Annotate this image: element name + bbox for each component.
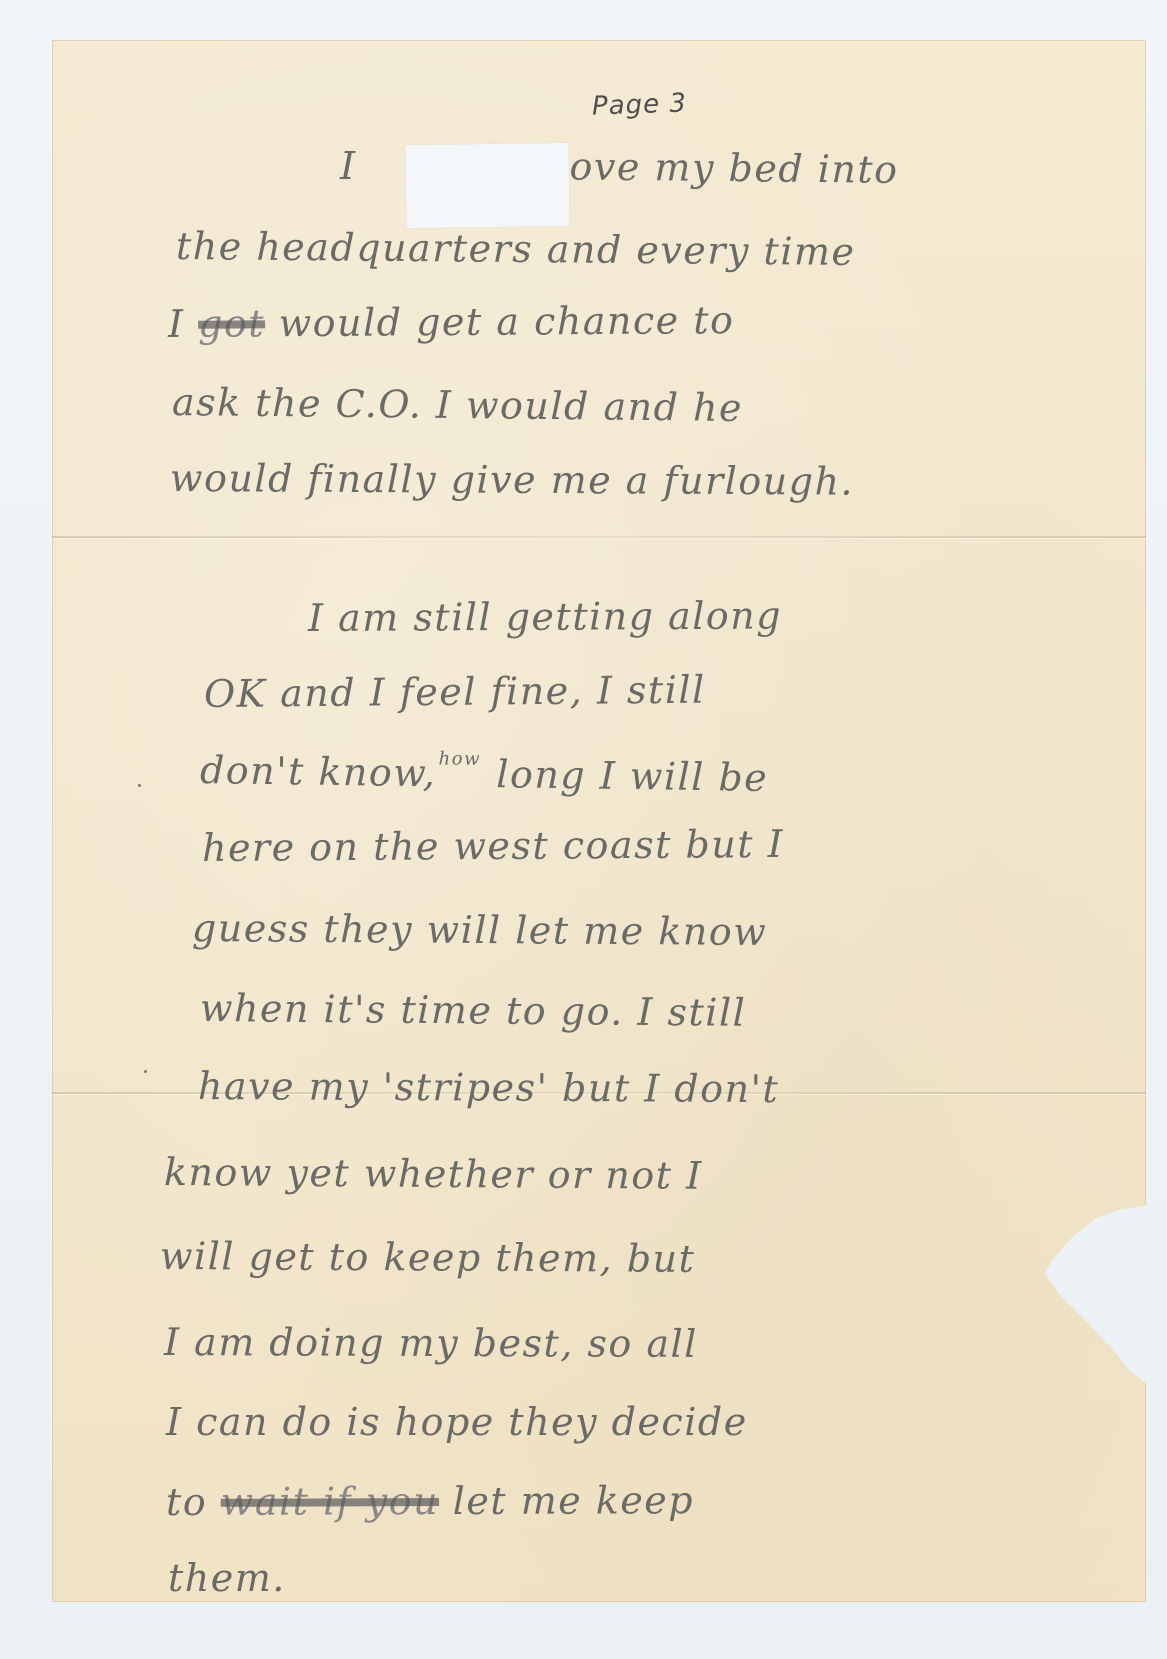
page-number-label: Page 3	[592, 88, 688, 121]
letter-line-2: the headquarters and every time	[176, 224, 856, 274]
letter-line-18: them.	[168, 1556, 286, 1600]
letter-page: Page 3 I move my bed into the headquarte…	[52, 40, 1146, 1602]
letter-line-17: to wait if you let me keep	[166, 1478, 694, 1524]
line-word: I	[340, 144, 357, 188]
letter-line-4: ask the C.O. I would and he	[172, 380, 743, 430]
letter-line-16: I can do is hope they decide	[166, 1400, 748, 1444]
letter-line-3: I got would get a chance to	[168, 298, 735, 346]
letter-line-5: would finally give me a furlough.	[170, 456, 854, 504]
inserted-word: how	[438, 748, 481, 770]
letter-line-8: don't know,how long I will be	[200, 748, 769, 800]
letter-line-14: will get to keep them, but	[160, 1234, 696, 1281]
pencil-mark	[144, 1070, 147, 1073]
letter-line-6: I am still getting along	[308, 594, 782, 640]
letter-line-7: OK and I feel fine, I still	[204, 668, 706, 716]
letter-line-15: I am doing my best, so all	[164, 1320, 698, 1366]
letter-line-9: here on the west coast but I	[202, 822, 784, 870]
letter-line-1-rest: move my bed into	[532, 144, 899, 192]
letter-line-12: have my 'stripes' but I don't	[198, 1064, 779, 1111]
letter-line-10: guess they will let me know	[192, 906, 768, 954]
letter-line-11: when it's time to go. I still	[200, 986, 747, 1035]
letter-line-13: know yet whether or not I	[164, 1150, 703, 1198]
fold-line-upper	[52, 536, 1146, 538]
struck-word: got	[198, 301, 265, 345]
struck-phrase: wait if you	[221, 1479, 439, 1524]
redaction-patch	[405, 143, 569, 228]
pencil-mark	[138, 784, 141, 787]
letter-line-1: I	[340, 144, 357, 188]
